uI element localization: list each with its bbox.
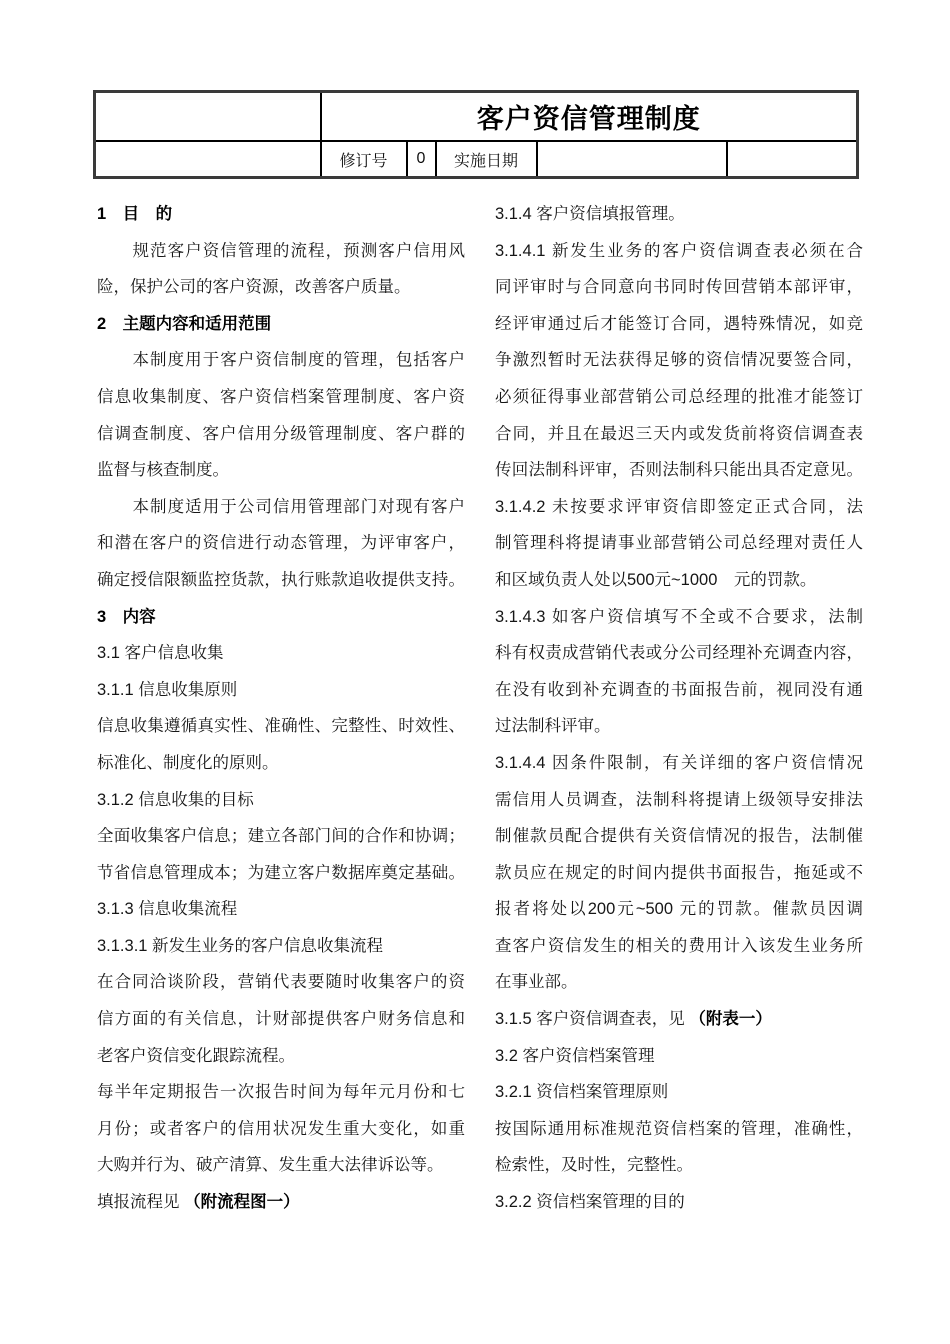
revision-label: 修订号 <box>321 141 407 178</box>
implementation-date-label: 实施日期 <box>436 141 537 178</box>
text-line: 3.1.2 信息收集的目标 <box>97 782 465 819</box>
text-segment: 3.1.5 客户资信调查表，见 <box>495 1010 689 1028</box>
text-line: 查客户资信发生的相关的费用计入该发生业务所 <box>495 928 863 965</box>
text-line: 每半年定期报告一次报告时间为每年元月份和七 <box>97 1074 465 1111</box>
text-segment: 制管理科将提请事业部营销公司总经理对责任人 <box>495 534 863 552</box>
text-segment: 监督与核查制度。 <box>97 461 229 479</box>
text-line: 和潜在客户的资信进行动态管理，为评审客户， <box>97 525 465 562</box>
text-line: 信息收集制度、客户资信档案管理制度、客户资 <box>97 379 465 416</box>
text-line: 3.1.4.4 因条件限制，有关详细的客户资信情况 <box>495 745 863 782</box>
text-line: 同评审时与合同意向书同时传回营销本部评审， <box>495 269 863 306</box>
text-line: 3.1.1 信息收集原则 <box>97 672 465 709</box>
text-line: 3.1.4 客户资信填报管理。 <box>495 196 863 233</box>
text-segment: 款员应在规定的时间内提供书面报告，拖延或不 <box>495 864 863 882</box>
text-line: 经评审通过后才能签订合同，遇特殊情况，如竞 <box>495 306 863 343</box>
header-left-empty-cell <box>95 92 321 142</box>
text-segment: 3.1.4.4 因条件限制，有关详细的客户资信情况 <box>495 754 863 772</box>
text-line: 本制度用于客户资信制度的管理，包括客户 <box>97 342 465 379</box>
text-line: 合同，并且在最迟三天内或发货前将资信调查表 <box>495 416 863 453</box>
text-line: 传回法制科评审，否则法制科只能出具否定意见。 <box>495 452 863 489</box>
revision-value: 0 <box>407 141 436 178</box>
text-line: 标准化、制度化的原则。 <box>97 745 465 782</box>
bold-text-segment: 3 内容 <box>97 608 156 626</box>
text-segment: 信息收集制度、客户资信档案管理制度、客户资 <box>97 388 465 406</box>
text-segment: 在没有收到补充调查的书面报告前，视同没有通 <box>495 681 863 699</box>
text-line: 3.2.2 资信档案管理的目的 <box>495 1184 863 1221</box>
text-line: 3.1.4.3 如客户资信填写不全或不合要求，法制 <box>495 599 863 636</box>
text-segment: 和潜在客户的资信进行动态管理，为评审客户， <box>97 534 465 552</box>
text-segment: 月份；或者客户的信用状况发生重大变化，如重 <box>97 1120 465 1138</box>
text-line: 3.2 客户资信档案管理 <box>495 1038 863 1075</box>
text-line: 2 主题内容和适用范围 <box>97 306 465 343</box>
text-line: 3.1.3.1 新发生业务的客户信息收集流程 <box>97 928 465 965</box>
text-segment: 3.1.2 信息收集的目标 <box>97 791 254 809</box>
text-line: 险，保护公司的客户资源，改善客户质量。 <box>97 269 465 306</box>
text-line: 信息收集遵循真实性、准确性、完整性、时效性、 <box>97 708 465 745</box>
text-line: 检索性，及时性，完整性。 <box>495 1147 863 1184</box>
text-line: 3.1.4.1 新发生业务的客户资信调查表必须在合 <box>495 233 863 270</box>
text-line: 必须征得事业部营销公司总经理的批准才能签订 <box>495 379 863 416</box>
text-segment: 同评审时与合同意向书同时传回营销本部评审， <box>495 278 863 296</box>
text-segment: 节省信息管理成本；为建立客户数据库奠定基础。 <box>97 864 465 882</box>
text-segment: 报者将处以200元~500 元的罚款。催款员因调 <box>495 900 863 918</box>
text-segment: 本制度适用于公司信用管理部门对现有客户 <box>132 498 465 516</box>
bold-text-segment: 1 目 的 <box>97 205 172 223</box>
header-left-empty-cell <box>95 141 321 178</box>
text-line: 确定授信限额监控货款，执行账款追收提供支持。 <box>97 562 465 599</box>
text-segment: 3.1 客户信息收集 <box>97 644 224 662</box>
right-text-column: 3.1.4 客户资信填报管理。3.1.4.1 新发生业务的客户资信调查表必须在合… <box>495 196 863 1221</box>
text-line: 老客户资信变化跟踪流程。 <box>97 1038 465 1075</box>
text-segment: 大购并行为、破产清算、发生重大法律诉讼等。 <box>97 1156 444 1174</box>
text-segment: 3.1.4 客户资信填报管理。 <box>495 205 685 223</box>
text-segment: 信息收集遵循真实性、准确性、完整性、时效性、 <box>97 717 465 735</box>
text-line: 按国际通用标准规范资信档案的管理，准确性， <box>495 1111 863 1148</box>
text-segment: 需信用人员调查，法制科将提请上级领导安排法 <box>495 791 863 809</box>
text-segment: 老客户资信变化跟踪流程。 <box>97 1047 295 1065</box>
text-line: 3.1.4.2 未按要求评审资信即签定正式合同，法 <box>495 489 863 526</box>
text-segment: 和区域负责人处以500元~1000 元的罚款。 <box>495 571 816 589</box>
text-segment: 信调查制度、客户信用分级管理制度、客户群的 <box>97 425 465 443</box>
text-segment: 传回法制科评审，否则法制科只能出具否定意见。 <box>495 461 863 479</box>
header-extra-cell <box>727 141 858 178</box>
text-line: 在合同洽谈阶段，营销代表要随时收集客户的资 <box>97 964 465 1001</box>
text-line: 款员应在规定的时间内提供书面报告，拖延或不 <box>495 855 863 892</box>
text-segment: 填报流程见 <box>97 1193 184 1211</box>
text-segment: 险，保护公司的客户资源，改善客户质量。 <box>97 278 411 296</box>
text-line: 制管理科将提请事业部营销公司总经理对责任人 <box>495 525 863 562</box>
text-segment: 科有权责成营销代表或分公司经理补充调查内容， <box>495 644 863 662</box>
text-line: 3.1.5 客户资信调查表，见 （附表一） <box>495 1001 863 1038</box>
doc-title: 客户资信管理制度 <box>321 92 858 142</box>
text-line: 3.1.3 信息收集流程 <box>97 891 465 928</box>
text-line: 3.2.1 资信档案管理原则 <box>495 1074 863 1111</box>
text-segment: 经评审通过后才能签订合同，遇特殊情况，如竞 <box>495 315 863 333</box>
text-segment: 全面收集客户信息；建立各部门间的合作和协调； <box>97 827 465 845</box>
text-segment: 检索性，及时性，完整性。 <box>495 1156 693 1174</box>
document-page: 客户资信管理制度 修订号 0 实施日期 1 目 的规范客户资信管理的流程，预测客… <box>0 0 950 1344</box>
text-segment: 必须征得事业部营销公司总经理的批准才能签订 <box>495 388 863 406</box>
text-segment: 每半年定期报告一次报告时间为每年元月份和七 <box>97 1083 465 1101</box>
text-line: 报者将处以200元~500 元的罚款。催款员因调 <box>495 891 863 928</box>
bold-text-segment: （附流程图一） <box>184 1193 300 1211</box>
text-line: 信方面的有关信息，计财部提供客户财务信息和 <box>97 1001 465 1038</box>
text-line: 全面收集客户信息；建立各部门间的合作和协调； <box>97 818 465 855</box>
text-segment: 标准化、制度化的原则。 <box>97 754 279 772</box>
text-segment: 3.1.4.3 如客户资信填写不全或不合要求，法制 <box>495 608 863 626</box>
implementation-date-value <box>537 141 727 178</box>
text-line: 大购并行为、破产清算、发生重大法律诉讼等。 <box>97 1147 465 1184</box>
text-segment: 信方面的有关信息，计财部提供客户财务信息和 <box>97 1010 465 1028</box>
header-table: 客户资信管理制度 修订号 0 实施日期 <box>93 90 859 179</box>
text-segment: 3.2 客户资信档案管理 <box>495 1047 655 1065</box>
text-line: 在事业部。 <box>495 964 863 1001</box>
text-segment: 制催款员配合提供有关资信情况的报告，法制催 <box>495 827 863 845</box>
text-segment: 在事业部。 <box>495 973 578 991</box>
text-segment: 查客户资信发生的相关的费用计入该发生业务所 <box>495 937 863 955</box>
text-line: 3.1 客户信息收集 <box>97 635 465 672</box>
text-line: 争激烈暂时无法获得足够的资信情况要签合同， <box>495 342 863 379</box>
text-line: 制催款员配合提供有关资信情况的报告，法制催 <box>495 818 863 855</box>
text-line: 月份；或者客户的信用状况发生重大变化，如重 <box>97 1111 465 1148</box>
text-line: 监督与核查制度。 <box>97 452 465 489</box>
text-segment: 3.2.1 资信档案管理原则 <box>495 1083 668 1101</box>
text-line: 和区域负责人处以500元~1000 元的罚款。 <box>495 562 863 599</box>
bold-text-segment: （附表一） <box>689 1010 772 1028</box>
text-segment: 3.1.1 信息收集原则 <box>97 681 237 699</box>
text-segment: 确定授信限额监控货款，执行账款追收提供支持。 <box>97 571 465 589</box>
document-body: 1 目 的规范客户资信管理的流程，预测客户信用风险，保护公司的客户资源，改善客户… <box>97 196 863 1221</box>
text-line: 在没有收到补充调查的书面报告前，视同没有通 <box>495 672 863 709</box>
text-segment: 3.1.3 信息收集流程 <box>97 900 237 918</box>
text-line: 填报流程见 （附流程图一） <box>97 1184 465 1221</box>
text-line: 3 内容 <box>97 599 465 636</box>
text-segment: 在合同洽谈阶段，营销代表要随时收集客户的资 <box>97 973 465 991</box>
text-segment: 过法制科评审。 <box>495 717 611 735</box>
text-segment: 3.1.4.1 新发生业务的客户资信调查表必须在合 <box>495 242 863 260</box>
text-segment: 按国际通用标准规范资信档案的管理，准确性， <box>495 1120 863 1138</box>
text-segment: 争激烈暂时无法获得足够的资信情况要签合同， <box>495 351 863 369</box>
text-segment: 3.1.3.1 新发生业务的客户信息收集流程 <box>97 937 383 955</box>
text-line: 信调查制度、客户信用分级管理制度、客户群的 <box>97 416 465 453</box>
text-line: 科有权责成营销代表或分公司经理补充调查内容， <box>495 635 863 672</box>
text-line: 节省信息管理成本；为建立客户数据库奠定基础。 <box>97 855 465 892</box>
text-line: 本制度适用于公司信用管理部门对现有客户 <box>97 489 465 526</box>
text-segment: 合同，并且在最迟三天内或发货前将资信调查表 <box>495 425 863 443</box>
text-segment: 本制度用于客户资信制度的管理，包括客户 <box>132 351 465 369</box>
text-line: 1 目 的 <box>97 196 465 233</box>
text-segment: 3.2.2 资信档案管理的目的 <box>495 1193 685 1211</box>
text-segment: 3.1.4.2 未按要求评审资信即签定正式合同，法 <box>495 498 863 516</box>
text-line: 需信用人员调查，法制科将提请上级领导安排法 <box>495 782 863 819</box>
text-line: 规范客户资信管理的流程，预测客户信用风 <box>97 233 465 270</box>
left-text-column: 1 目 的规范客户资信管理的流程，预测客户信用风险，保护公司的客户资源，改善客户… <box>97 196 465 1221</box>
text-line: 过法制科评审。 <box>495 708 863 745</box>
bold-text-segment: 2 主题内容和适用范围 <box>97 315 271 333</box>
text-segment: 规范客户资信管理的流程，预测客户信用风 <box>132 242 465 260</box>
